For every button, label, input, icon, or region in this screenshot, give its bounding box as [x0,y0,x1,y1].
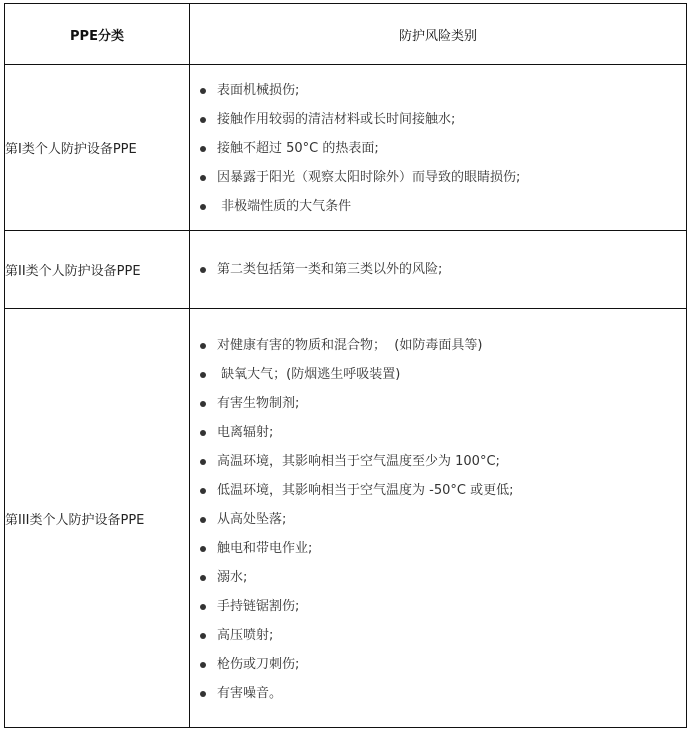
list-item: 接触作用较弱的清洁材料或长时间接触水; [200,112,686,128]
risks-cell: 对健康有害的物质和混合物； (如防毒面具等) 缺氧大气；(防烟逃生呼吸装置) 有… [190,309,687,728]
bullet-icon [200,575,206,581]
list-item: 第二类包括第一类和第三类以外的风险; [200,262,686,278]
list-item: 接触不超过 50°C 的热表面; [200,141,686,157]
bullet-icon [200,117,206,123]
bullet-icon [200,488,206,494]
table-row: 第I类个人防护设备PPE 表面机械损伤; 接触作用较弱的清洁材料或长时间接触水;… [5,65,687,231]
header-row: PPE分类 防护风险类别 [5,4,687,65]
bullet-icon [200,146,206,152]
list-item: 因暴露于阳光（观察太阳时除外）而导致的眼睛损伤; [200,170,686,186]
bullet-icon [200,517,206,523]
list-item: 低温环境，其影响相当于空气温度为 -50°C 或更低; [200,483,686,499]
risks-cell: 表面机械损伤; 接触作用较弱的清洁材料或长时间接触水; 接触不超过 50°C 的… [190,65,687,231]
bullet-icon [200,691,206,697]
ppe-classification-table: PPE分类 防护风险类别 第I类个人防护设备PPE 表面机械损伤; 接触作用较弱… [4,3,687,728]
bullet-icon [200,372,206,378]
list-item: 枪伤或刀刺伤; [200,657,686,673]
bullet-icon [200,604,206,610]
bullet-icon [200,401,206,407]
header-ppe-category: PPE分类 [5,4,190,65]
list-item: 缺氧大气；(防烟逃生呼吸装置) [200,367,686,383]
bullet-icon [200,546,206,552]
list-item: 电离辐射; [200,425,686,441]
bullet-icon [200,204,206,210]
bullet-icon [200,343,206,349]
risk-list: 表面机械损伤; 接触作用较弱的清洁材料或长时间接触水; 接触不超过 50°C 的… [190,81,686,215]
list-item: 对健康有害的物质和混合物； (如防毒面具等) [200,338,686,354]
table-row: 第III类个人防护设备PPE 对健康有害的物质和混合物； (如防毒面具等) 缺氧… [5,309,687,728]
list-item: 从高处坠落; [200,512,686,528]
list-item: 有害生物制剂; [200,396,686,412]
bullet-icon [200,633,206,639]
table-row: 第II类个人防护设备PPE 第二类包括第一类和第三类以外的风险; [5,231,687,309]
list-item: 手持链锯割伤; [200,599,686,615]
list-item: 溺水; [200,570,686,586]
category-cell: 第I类个人防护设备PPE [5,65,190,231]
risks-cell: 第二类包括第一类和第三类以外的风险; [190,231,687,309]
category-cell: 第II类个人防护设备PPE [5,231,190,309]
list-item: 高温环境，其影响相当于空气温度至少为 100°C; [200,454,686,470]
list-item: 触电和带电作业; [200,541,686,557]
bullet-icon [200,175,206,181]
bullet-icon [200,267,206,273]
list-item: 有害噪音。 [200,686,686,702]
list-item: 表面机械损伤; [200,83,686,99]
bullet-icon [200,430,206,436]
bullet-icon [200,459,206,465]
bullet-icon [200,662,206,668]
list-item: 非极端性质的大气条件 [200,199,686,215]
risk-list: 第二类包括第一类和第三类以外的风险; [190,262,686,278]
list-item: 高压喷射; [200,628,686,644]
header-risk-category: 防护风险类别 [190,4,687,65]
bullet-icon [200,88,206,94]
category-cell: 第III类个人防护设备PPE [5,309,190,728]
risk-list: 对健康有害的物质和混合物； (如防毒面具等) 缺氧大气；(防烟逃生呼吸装置) 有… [190,334,686,702]
